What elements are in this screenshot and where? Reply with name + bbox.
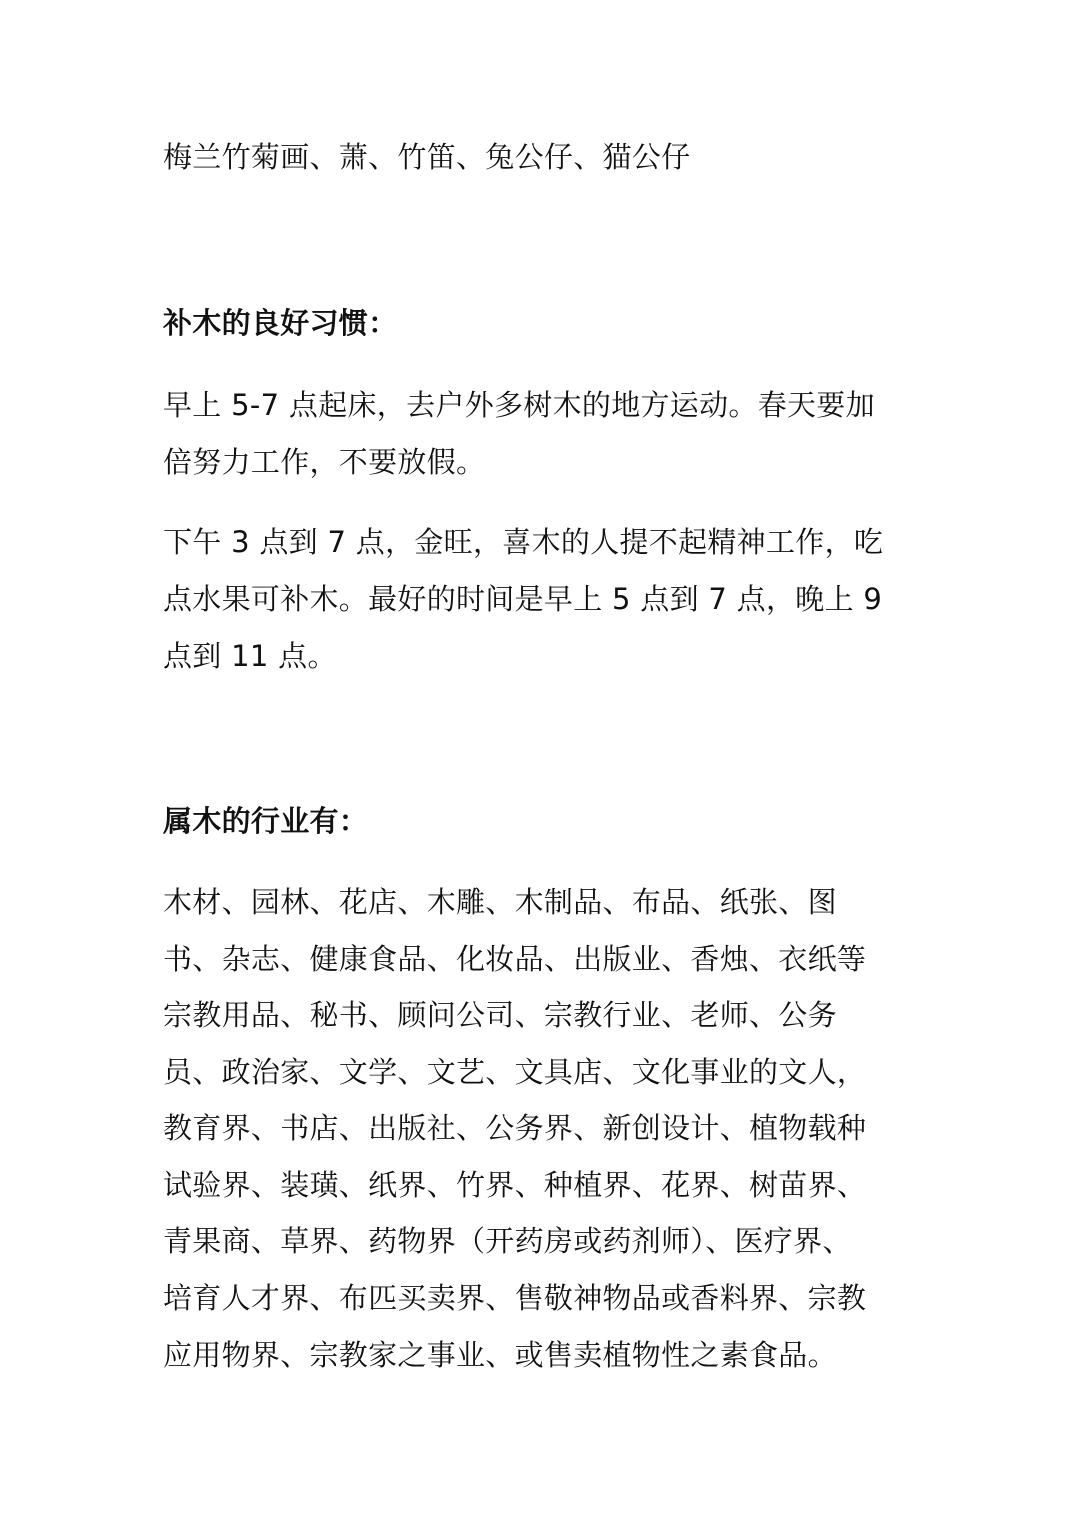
section-heading-habits: 补木的良好习惯： <box>163 303 397 343</box>
paragraph-line: 早上 5-7 点起床，去户外多树木的地方运动。春天要加 <box>163 385 875 425</box>
intro-line: 梅兰竹菊画、萧、竹笛、兔公仔、猫公仔 <box>163 137 690 177</box>
paragraph-line: 培育人才界、布匹买卖界、售敬神物品或香料界、宗教 <box>163 1278 866 1318</box>
paragraph-line: 倍努力工作，不要放假。 <box>163 442 485 482</box>
section-heading-industries: 属木的行业有： <box>163 801 368 841</box>
paragraph-line: 点水果可补木。最好的时间是早上 5 点到 7 点，晚上 9 <box>163 579 882 619</box>
paragraph-line: 青果商、草界、药物界（开药房或药剂师）、医疗界、 <box>163 1221 852 1261</box>
paragraph-line: 点到 11 点。 <box>163 636 337 676</box>
paragraph-line: 木材、园林、花店、木雕、木制品、布品、纸张、图 <box>163 882 837 922</box>
paragraph-line: 教育界、书店、出版社、公务界、新创设计、植物载种 <box>163 1108 866 1148</box>
paragraph-line: 员、政治家、文学、文艺、文具店、文化事业的文人， <box>163 1052 866 1092</box>
paragraph-line: 书、杂志、健康食品、化妆品、出版业、香烛、衣纸等 <box>163 939 866 979</box>
paragraph-line: 试验界、装璜、纸界、竹界、种植界、花界、树苗界、 <box>163 1165 866 1205</box>
paragraph-line: 应用物界、宗教家之事业、或售卖植物性之素食品。 <box>163 1335 837 1375</box>
paragraph-line: 下午 3 点到 7 点，金旺，喜木的人提不起精神工作，吃 <box>163 522 883 562</box>
paragraph-line: 宗教用品、秘书、顾问公司、宗教行业、老师、公务 <box>163 995 837 1035</box>
